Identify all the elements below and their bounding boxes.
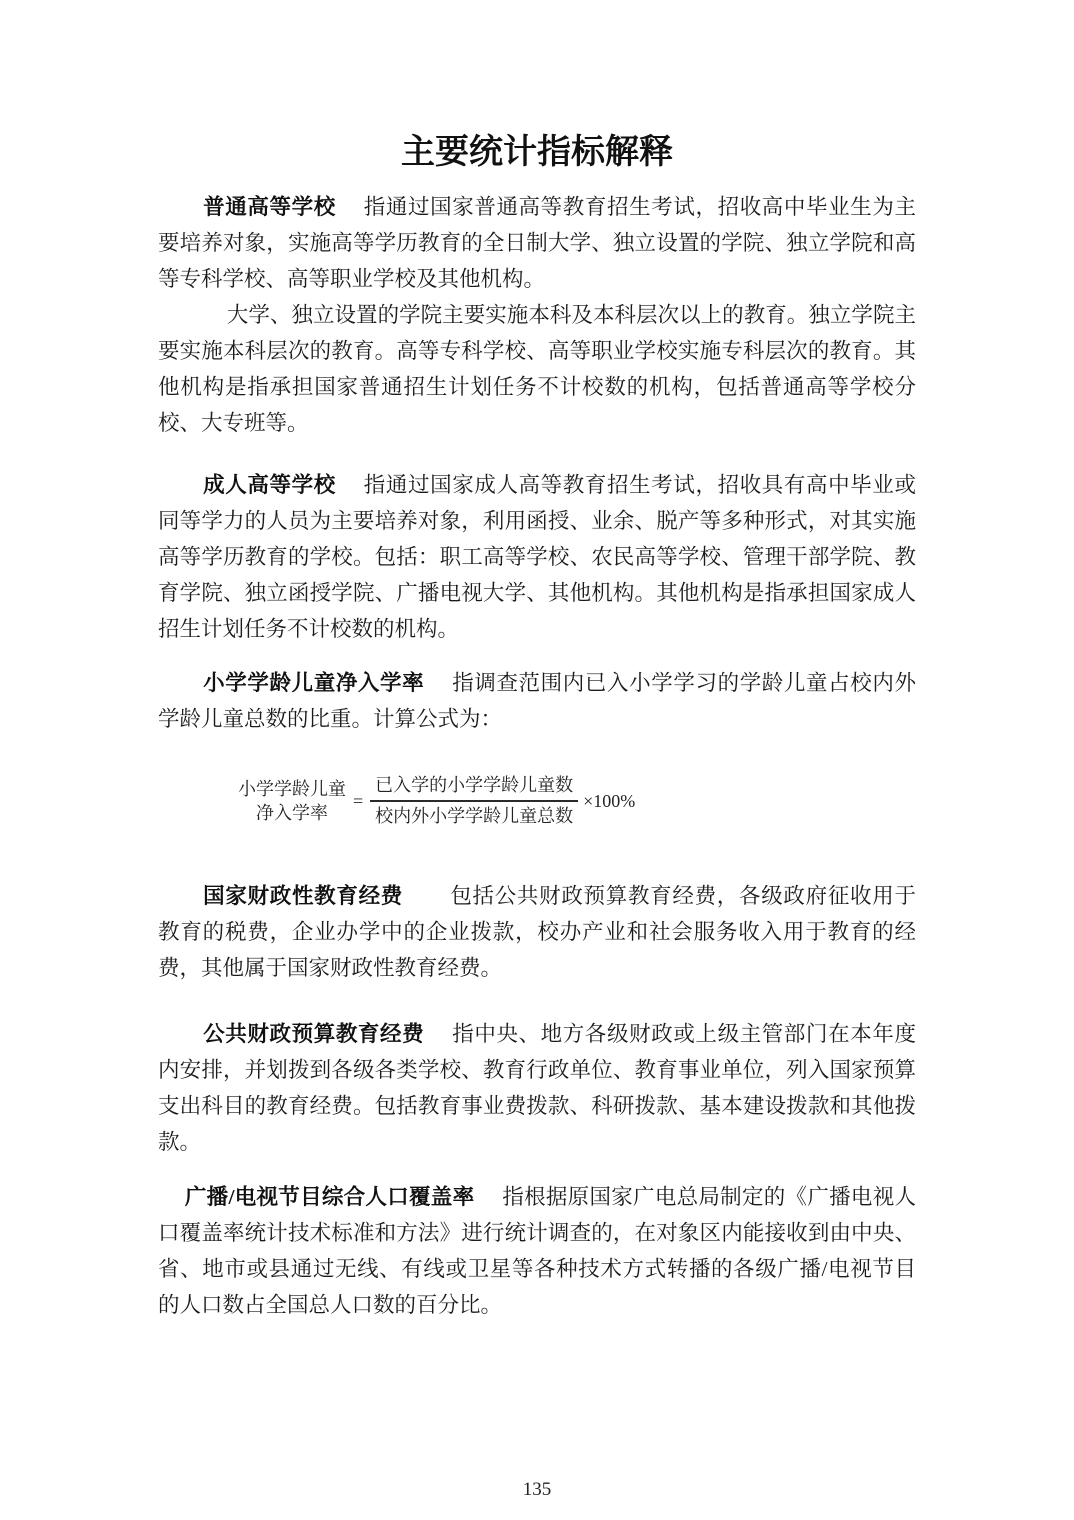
formula-lhs-label: 小学学龄儿童 净入学率	[238, 777, 346, 825]
page-title: 主要统计指标解释	[158, 133, 916, 173]
formula-net-enrollment-rate: 小学学龄儿童 净入学率 = 已入学的小学学龄儿童数 校内外小学学龄儿童总数 ×1…	[238, 773, 635, 828]
para-regular-higher-education-continued: 大学、独立设置的学院主要实施本科及本科层次以上的教育。独立学院主要实施本科层次的…	[158, 297, 916, 441]
term-label: 公共财政预算教育经费	[203, 1022, 424, 1046]
term-label: 成人高等学校	[203, 473, 336, 497]
para-broadcast-tv-population-coverage: 广播/电视节目综合人口覆盖率指根据原国家广电总局制定的《广播电视人口覆盖率统计技…	[158, 1179, 916, 1323]
equals-sign: =	[353, 789, 363, 813]
formula-lhs-top: 小学学龄儿童	[238, 777, 346, 801]
definition-text: 大学、独立设置的学院主要实施本科及本科层次以上的教育。独立学院主要实施本科层次的…	[158, 303, 916, 435]
formula-denominator: 校内外小学学龄儿童总数	[370, 802, 578, 828]
para-regular-higher-education: 普通高等学校指通过国家普通高等教育招生考试，招收高中毕业生为主要培养对象，实施高…	[158, 189, 916, 297]
para-public-budget-education-funds: 公共财政预算教育经费指中央、地方各级财政或上级主管部门在本年度内安排，并划拨到各…	[158, 1016, 916, 1160]
term-label: 国家财政性教育经费	[203, 884, 403, 908]
formula-numerator: 已入学的小学学龄儿童数	[370, 773, 578, 802]
term-label: 普通高等学校	[203, 195, 336, 219]
formula-multiplier: ×100%	[583, 789, 635, 813]
para-adult-higher-education: 成人高等学校指通过国家成人高等教育招生考试，招收具有高中毕业或同等学力的人员为主…	[158, 467, 916, 647]
formula-lhs-bottom: 净入学率	[238, 801, 346, 825]
page-footer: 135	[0, 1479, 1074, 1501]
para-state-fiscal-education-funds: 国家财政性教育经费包括公共财政预算教育经费，各级政府征收用于教育的税费，企业办学…	[158, 878, 916, 986]
formula-fraction: 已入学的小学学龄儿童数 校内外小学学龄儿童总数	[370, 773, 578, 828]
document-content: 主要统计指标解释 普通高等学校指通过国家普通高等教育招生考试，招收高中毕业生为主…	[158, 0, 916, 1323]
term-label: 小学学龄儿童净入学率	[203, 671, 424, 695]
definition-text: 指通过国家成人高等教育招生考试，招收具有高中毕业或同等学力的人员为主要培养对象，…	[158, 473, 916, 641]
document-page: 主要统计指标解释 普通高等学校指通过国家普通高等教育招生考试，招收高中毕业生为主…	[0, 0, 1074, 1520]
page-number: 135	[523, 1479, 552, 1500]
para-primary-net-enrollment-rate: 小学学龄儿童净入学率指调查范围内已入小学学习的学龄儿童占校内外学龄儿童总数的比重…	[158, 665, 916, 737]
term-label: 广播/电视节目综合人口覆盖率	[185, 1185, 475, 1209]
